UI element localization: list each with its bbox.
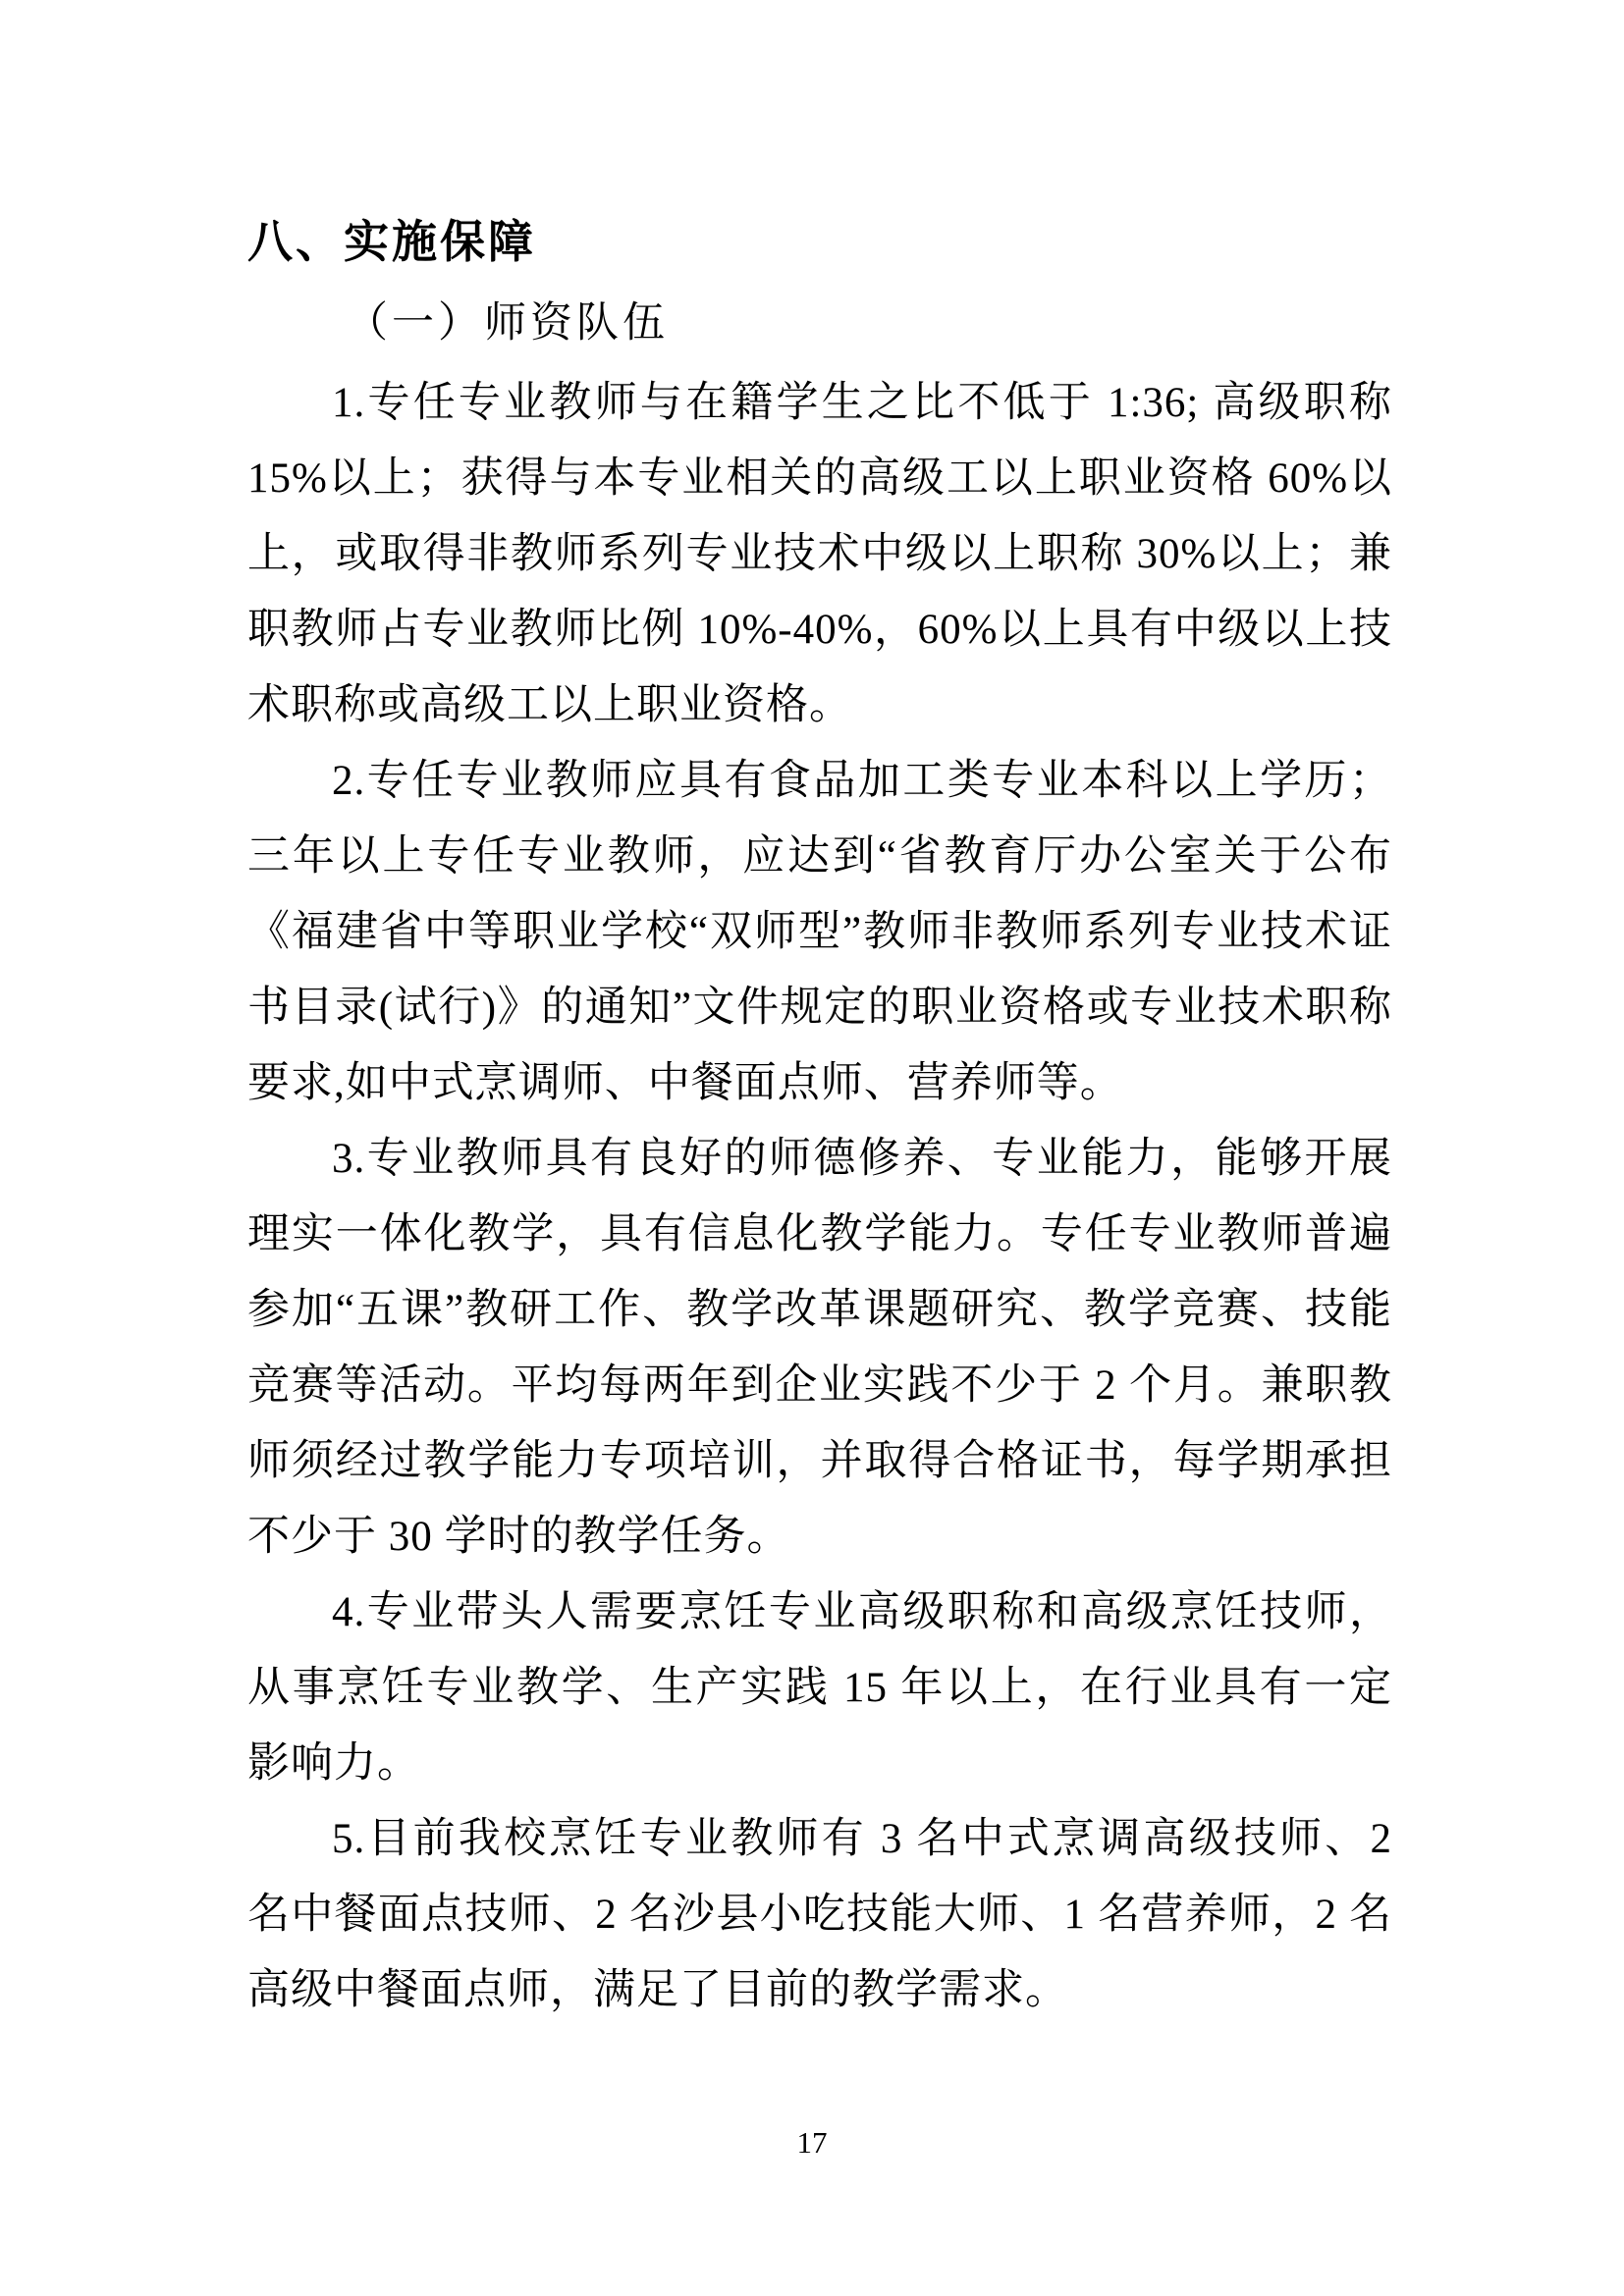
document-body: 八、实施保障 （一）师资队伍 1.专任专业教师与在籍学生之比不低于 1:36; … (247, 200, 1392, 2028)
paragraph-teacher-abilities: 3.专业教师具有良好的师德修养、专业能力，能够开展理实一体化教学，具有信息化教学… (247, 1121, 1392, 1575)
paragraph-program-leader: 4.专业带头人需要烹饪专业高级职称和高级烹饪技师，从事烹饪专业教学、生产实践 1… (247, 1575, 1392, 1801)
paragraph-teacher-student-ratio: 1.专任专业教师与在籍学生之比不低于 1:36; 高级职称 15%以上；获得与本… (247, 365, 1392, 743)
paragraph-teacher-qualifications: 2.专任专业教师应具有食品加工类专业本科以上学历；三年以上专任专业教师，应达到“… (247, 743, 1392, 1121)
subsection-heading: （一）师资队伍 (247, 283, 1392, 365)
section-heading: 八、实施保障 (247, 200, 1392, 283)
page-number: 17 (0, 2123, 1624, 2163)
document-page: 八、实施保障 （一）师资队伍 1.专任专业教师与在籍学生之比不低于 1:36; … (0, 0, 1624, 2296)
paragraph-current-staff: 5.目前我校烹饪专业教师有 3 名中式烹调高级技师、2 名中餐面点技师、2 名沙… (247, 1801, 1392, 2028)
